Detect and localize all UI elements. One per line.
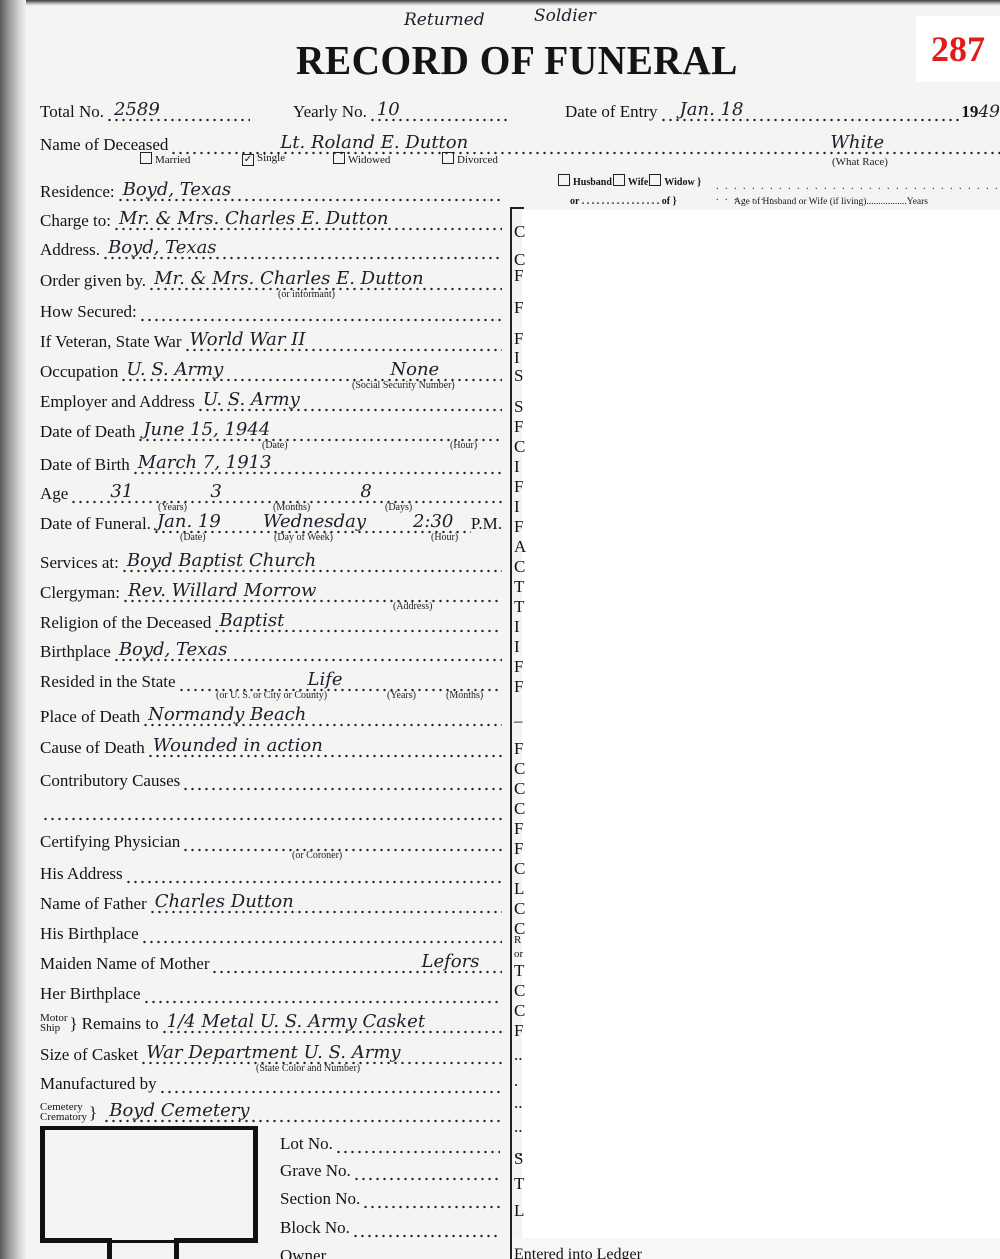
field-input[interactable]: Charles Dutton <box>149 894 502 914</box>
form-field-row: Size of CasketWar Department U. S. Army <box>40 1039 502 1065</box>
field-input[interactable]: Life <box>178 672 502 692</box>
form-field-row: Resided in the StateLife <box>40 666 502 692</box>
field-input[interactable]: War Department U. S. Army <box>140 1045 502 1065</box>
field-input[interactable]: Jan. 19Wednesday2:30 <box>153 514 471 534</box>
form-field-row: Maiden Name of MotherLefors <box>40 948 502 974</box>
field-value: Mr. & Mrs. Charles E. Dutton <box>119 208 389 229</box>
field-input[interactable]: Boyd, Texas <box>117 182 502 202</box>
field-input[interactable]: Boyd, Texas <box>113 642 502 662</box>
marital-widowed[interactable]: Widowed <box>333 152 390 166</box>
book-spine-shadow <box>0 0 26 1259</box>
field-input[interactable]: World War II <box>184 332 502 352</box>
form-field-row: His Birthplace <box>40 918 502 944</box>
widow-label: Widow <box>664 177 694 188</box>
form-field-row: Date of DeathJune 15, 1944 <box>40 416 502 442</box>
field-caption: (Months) <box>446 690 483 701</box>
age-years: 31 <box>110 481 133 502</box>
marital-single[interactable]: ✓Single <box>242 152 285 166</box>
single-checkbox[interactable]: ✓ <box>242 154 254 166</box>
field-caption: (Hour) <box>431 532 458 543</box>
plot-field-input[interactable] <box>362 1189 500 1209</box>
plot-field-row: Block No. <box>280 1212 500 1238</box>
right-column-letter: S <box>514 1149 523 1169</box>
field-value: Rev. Willard Morrow <box>128 580 316 601</box>
field-input[interactable]: Boyd, Texas <box>102 240 502 260</box>
plot-field-row: Grave No. <box>280 1155 500 1181</box>
page-number: 287 <box>916 16 1000 82</box>
single-label: Single <box>257 152 285 164</box>
field-value: June 15, 1944 <box>143 419 270 440</box>
field-value: Boyd, Texas <box>119 639 228 660</box>
field-label: Clergyman: <box>40 583 120 603</box>
field-value: U. S. Army <box>203 389 300 410</box>
field-input[interactable]: U. S. Army <box>197 392 502 412</box>
year-value: 49 <box>978 102 1000 122</box>
form-field-row: Charge to:Mr. & Mrs. Charles E. Dutton <box>40 205 502 231</box>
right-column-letter: .. <box>514 1093 523 1113</box>
total-no-value: 2589 <box>114 99 160 120</box>
field-label: Address. <box>40 240 100 260</box>
plot-field-label: Section No. <box>280 1189 360 1209</box>
right-column-letter: C <box>514 981 525 1001</box>
marital-married[interactable]: Married <box>140 152 190 166</box>
field-label: Religion of the Deceased <box>40 613 211 633</box>
spouse-or: or <box>570 196 579 207</box>
right-column-letter: T <box>514 597 524 617</box>
husband-label: Husband <box>573 177 612 188</box>
field-value-2: None <box>390 359 439 380</box>
plot-box-leg-right <box>174 1238 179 1259</box>
right-column-letter: R <box>514 934 521 946</box>
field-input[interactable]: Boyd Cemetery <box>103 1103 502 1123</box>
date-of-entry-value: Jan. 18 <box>680 99 744 120</box>
plot-field-input[interactable] <box>353 1161 500 1181</box>
divorced-checkbox[interactable] <box>442 152 454 164</box>
plot-field-row: Owner <box>280 1240 500 1259</box>
field-value: Wounded in action <box>153 735 323 756</box>
plot-field-row: Lot No. <box>280 1128 500 1154</box>
field-label: Age <box>40 484 68 504</box>
married-checkbox[interactable] <box>140 152 152 164</box>
field-label: Contributory Causes <box>40 771 180 791</box>
right-column-letter: F <box>514 477 523 497</box>
field-input[interactable] <box>125 864 502 884</box>
right-column-letter: F <box>514 298 523 318</box>
right-column-letter: L <box>514 879 524 899</box>
right-column-letter: C <box>514 859 525 879</box>
field-value: Normandy Beach <box>148 704 306 725</box>
page-top-shadow <box>0 0 1000 6</box>
field-label: Charge to: <box>40 211 111 231</box>
field-input[interactable] <box>141 924 502 944</box>
form-field-row: Religion of the DeceasedBaptist <box>40 607 502 633</box>
field-label: How Secured: <box>40 302 137 322</box>
right-column-letter: L <box>514 1201 524 1221</box>
field-label: If Veteran, State War <box>40 332 182 352</box>
marital-divorced[interactable]: Divorced <box>442 152 498 166</box>
total-no-field: Total No. 2589 <box>40 96 250 122</box>
right-column-letter: T <box>514 577 524 597</box>
form-field-row: CemeteryCrematory}Boyd Cemetery <box>40 1097 502 1123</box>
race-caption: (What Race) <box>832 156 888 168</box>
brace: } <box>89 1103 97 1123</box>
widow-checkbox[interactable] <box>649 174 661 186</box>
right-column-letter: F <box>514 517 523 537</box>
field-label: Her Birthplace <box>40 984 141 1004</box>
brace: } <box>70 1014 78 1034</box>
field-input[interactable] <box>143 984 502 1004</box>
spouse-options: HusbandWifeWidow } <box>558 174 701 188</box>
field-caption: (or U. S. or City or County) <box>216 690 327 701</box>
field-value: Boyd, Texas <box>123 179 232 200</box>
field-label: Birthplace <box>40 642 111 662</box>
field-input[interactable]: Lefors <box>211 954 502 974</box>
spouse-age-label: Age of Husband or Wife (if living) <box>734 197 866 207</box>
divorced-label: Divorced <box>457 154 498 166</box>
right-column-letter: I <box>514 457 520 477</box>
field-input[interactable] <box>139 302 502 322</box>
right-column-letter: C <box>514 759 525 779</box>
married-label: Married <box>155 154 190 166</box>
field-label: Residence: <box>40 182 115 202</box>
husband-checkbox[interactable] <box>558 174 570 186</box>
right-column-letter: A <box>514 537 526 557</box>
field-label: Certifying Physician <box>40 832 180 852</box>
field-label: Order given by. <box>40 271 146 291</box>
form-field-row: Name of FatherCharles Dutton <box>40 888 502 914</box>
field-label: Resided in the State <box>40 672 176 692</box>
right-column-letter: .. <box>514 1045 523 1065</box>
field-value: Baptist <box>219 610 284 631</box>
plot-field-label: Block No. <box>280 1218 350 1238</box>
right-column-letter: C <box>514 779 525 799</box>
field-prefix: CemeteryCrematory <box>40 1102 87 1122</box>
field-input[interactable] <box>159 1074 502 1094</box>
field-label: Manufactured by <box>40 1074 157 1094</box>
right-column-letter: F <box>514 819 523 839</box>
plot-box-opening <box>112 1232 174 1240</box>
field-value: Life <box>308 669 343 690</box>
field-value: Lefors <box>421 951 479 972</box>
right-column-letter: C <box>514 799 525 819</box>
field-label: His Birthplace <box>40 924 139 944</box>
right-column-letter: C <box>514 557 525 577</box>
date-of-entry-field: Date of Entry Jan. 18 1949 <box>565 96 1000 122</box>
plot-field-row: Section No. <box>280 1183 500 1209</box>
form-field-row <box>40 795 502 821</box>
right-column-letter: – <box>514 711 523 731</box>
right-column-letter: C <box>514 1001 525 1021</box>
form-field-row: Cause of DeathWounded in action <box>40 732 502 758</box>
form-field-row: Age3138 <box>40 478 502 504</box>
form-field-row: Manufactured by <box>40 1068 502 1094</box>
field-input[interactable] <box>182 771 502 791</box>
name-of-deceased-value: Lt. Roland E. Dutton <box>280 132 468 153</box>
column-divider <box>510 208 512 1259</box>
funeral-hour: 2:30 <box>413 511 453 532</box>
field-value: War Department U. S. Army <box>146 1042 400 1063</box>
masked-right-column <box>522 210 1000 1240</box>
form-field-row: Place of DeathNormandy Beach <box>40 701 502 727</box>
form-field-row: Certifying Physician <box>40 826 502 852</box>
form-field-row: Employer and AddressU. S. Army <box>40 386 502 412</box>
funeral-date: Jan. 19 <box>157 511 221 532</box>
field-label: Name of Father <box>40 894 147 914</box>
form-field-row: Order given by.Mr. & Mrs. Charles E. Dut… <box>40 265 502 291</box>
spouse-of: of <box>662 196 670 207</box>
form-field-row: Address.Boyd, Texas <box>40 234 502 260</box>
field-label: Date of Funeral. <box>40 514 151 534</box>
form-field-row: His Address <box>40 858 502 884</box>
field-prefix: MotorShip <box>40 1013 68 1033</box>
total-no-label: Total No. <box>40 102 104 122</box>
annotation-returned: Returned <box>404 10 485 30</box>
field-input[interactable] <box>42 801 502 821</box>
yearly-no-field: Yearly No. 10 <box>293 96 507 122</box>
field-label: His Address <box>40 864 123 884</box>
form-field-row: OccupationU. S. ArmyNone <box>40 356 502 382</box>
wife-label: Wife <box>628 177 648 188</box>
right-column-letter: F <box>514 266 523 286</box>
field-label: Maiden Name of Mother <box>40 954 209 974</box>
field-value: World War II <box>190 329 306 350</box>
plot-field-input[interactable] <box>352 1218 500 1238</box>
page-title: RECORD OF FUNERAL <box>296 36 738 84</box>
plot-box-leg-left <box>107 1238 112 1259</box>
right-column-letter: I <box>514 348 520 368</box>
field-input[interactable]: Mr. & Mrs. Charles E. Dutton <box>148 271 502 291</box>
age-months: 3 <box>210 481 221 502</box>
form-field-row: Date of BirthMarch 7, 1913 <box>40 449 502 475</box>
field-input[interactable]: 3138 <box>70 484 502 504</box>
field-input[interactable]: Boyd Baptist Church <box>121 553 502 573</box>
year-prefix: 19 <box>961 102 978 122</box>
field-value: March 7, 1913 <box>138 452 272 473</box>
field-label: Place of Death <box>40 707 140 727</box>
right-column-letter: C <box>514 437 525 457</box>
right-column-letter: T <box>514 1174 524 1194</box>
funeral-day: Wednesday <box>263 511 366 532</box>
form-field-row: Clergyman:Rev. Willard Morrow <box>40 577 502 603</box>
right-column-letter: F <box>514 657 523 677</box>
field-input[interactable]: Mr. & Mrs. Charles E. Dutton <box>113 211 502 231</box>
field-value: Mr. & Mrs. Charles E. Dutton <box>154 268 424 289</box>
plot-field-input[interactable] <box>335 1134 500 1154</box>
form-field-row: Date of Funeral.Jan. 19Wednesday2:30P.M. <box>40 508 502 534</box>
right-column-letter: F <box>514 739 523 759</box>
field-label: Services at: <box>40 553 119 573</box>
field-caption: (Date) <box>180 532 206 543</box>
hour-suffix: P.M. <box>471 514 502 534</box>
right-column-letter: I <box>514 637 520 657</box>
spouse-age: Age of Husband or Wife (if living)......… <box>734 197 928 207</box>
field-input[interactable]: Normandy Beach <box>142 707 502 727</box>
right-column-letter: I <box>514 497 520 517</box>
plot-field-label: Lot No. <box>280 1134 333 1154</box>
form-field-row: Contributory Causes <box>40 765 502 791</box>
field-value: Boyd Cemetery <box>109 1100 249 1121</box>
field-value: U. S. Army <box>126 359 223 380</box>
form-field-row: Services at:Boyd Baptist Church <box>40 547 502 573</box>
field-input[interactable] <box>182 832 502 852</box>
field-input[interactable]: Rev. Willard Morrow <box>122 583 502 603</box>
form-field-row: Her Birthplace <box>40 978 502 1004</box>
field-input[interactable]: U. S. ArmyNone <box>120 362 502 382</box>
plot-diagram-box <box>40 1126 258 1243</box>
yearly-no-label: Yearly No. <box>293 102 367 122</box>
right-column-letter: F <box>514 329 523 349</box>
right-column-letter: .. <box>514 1117 523 1137</box>
wife-checkbox[interactable] <box>613 174 625 186</box>
right-column-letter: or <box>514 948 523 960</box>
field-value: Boyd, Texas <box>108 237 217 258</box>
widowed-checkbox[interactable] <box>333 152 345 164</box>
plot-field-label: Grave No. <box>280 1161 351 1181</box>
right-column-letter: T <box>514 961 524 981</box>
right-column-letter: . <box>514 1071 518 1091</box>
race-value: White <box>830 132 884 153</box>
right-column-letter: F <box>514 1021 523 1041</box>
field-label: Cause of Death <box>40 738 145 758</box>
right-column-letter: F <box>514 839 523 859</box>
plot-field-label: Owner <box>280 1246 326 1259</box>
yearly-no-value: 10 <box>377 99 400 120</box>
form-field-row: How Secured: <box>40 296 502 322</box>
field-input[interactable]: March 7, 1913 <box>132 455 502 475</box>
widowed-label: Widowed <box>348 154 390 166</box>
right-column-letter: I <box>514 617 520 637</box>
field-value: 1/4 Metal U. S. Army Casket <box>167 1011 425 1032</box>
column-divider-top <box>510 207 524 209</box>
ledger-note: Entered into Ledger <box>514 1246 642 1259</box>
form-field-row: BirthplaceBoyd, Texas <box>40 636 502 662</box>
field-label: Date of Death <box>40 422 135 442</box>
field-input[interactable]: Baptist <box>213 613 502 633</box>
right-column-letter: F <box>514 417 523 437</box>
field-input[interactable]: Wounded in action <box>147 738 502 758</box>
field-label: Employer and Address <box>40 392 195 412</box>
field-input[interactable]: June 15, 1944 <box>137 422 502 442</box>
form-field-row: If Veteran, State WarWorld War II <box>40 326 502 352</box>
spouse-age-unit: Years <box>907 197 928 207</box>
right-column-letter: S <box>514 397 523 417</box>
field-caption: (Years) <box>387 690 416 701</box>
right-column-letter: S <box>514 366 523 386</box>
right-column-letter: F <box>514 677 523 697</box>
field-label: Size of Casket <box>40 1045 138 1065</box>
spouse-or-of: or . . . . . . . . . . . . . . . . of } <box>570 196 677 207</box>
field-label: Date of Birth <box>40 455 130 475</box>
field-value: Charles Dutton <box>155 891 294 912</box>
right-column-letter: C <box>514 222 525 242</box>
annotation-soldier: Soldier <box>534 6 596 26</box>
form-field-row: Residence:Boyd, Texas <box>40 176 502 202</box>
field-label: Occupation <box>40 362 118 382</box>
field-input[interactable]: 1/4 Metal U. S. Army Casket <box>161 1014 502 1034</box>
field-value: Boyd Baptist Church <box>127 550 316 571</box>
field-label: Remains to <box>82 1014 159 1034</box>
form-field-row: MotorShip}Remains to1/4 Metal U. S. Army… <box>40 1008 502 1034</box>
right-column-letter: C <box>514 899 525 919</box>
age-days: 8 <box>360 481 371 502</box>
date-of-entry-label: Date of Entry <box>565 102 658 122</box>
field-caption: (Day of Week) <box>274 532 333 543</box>
